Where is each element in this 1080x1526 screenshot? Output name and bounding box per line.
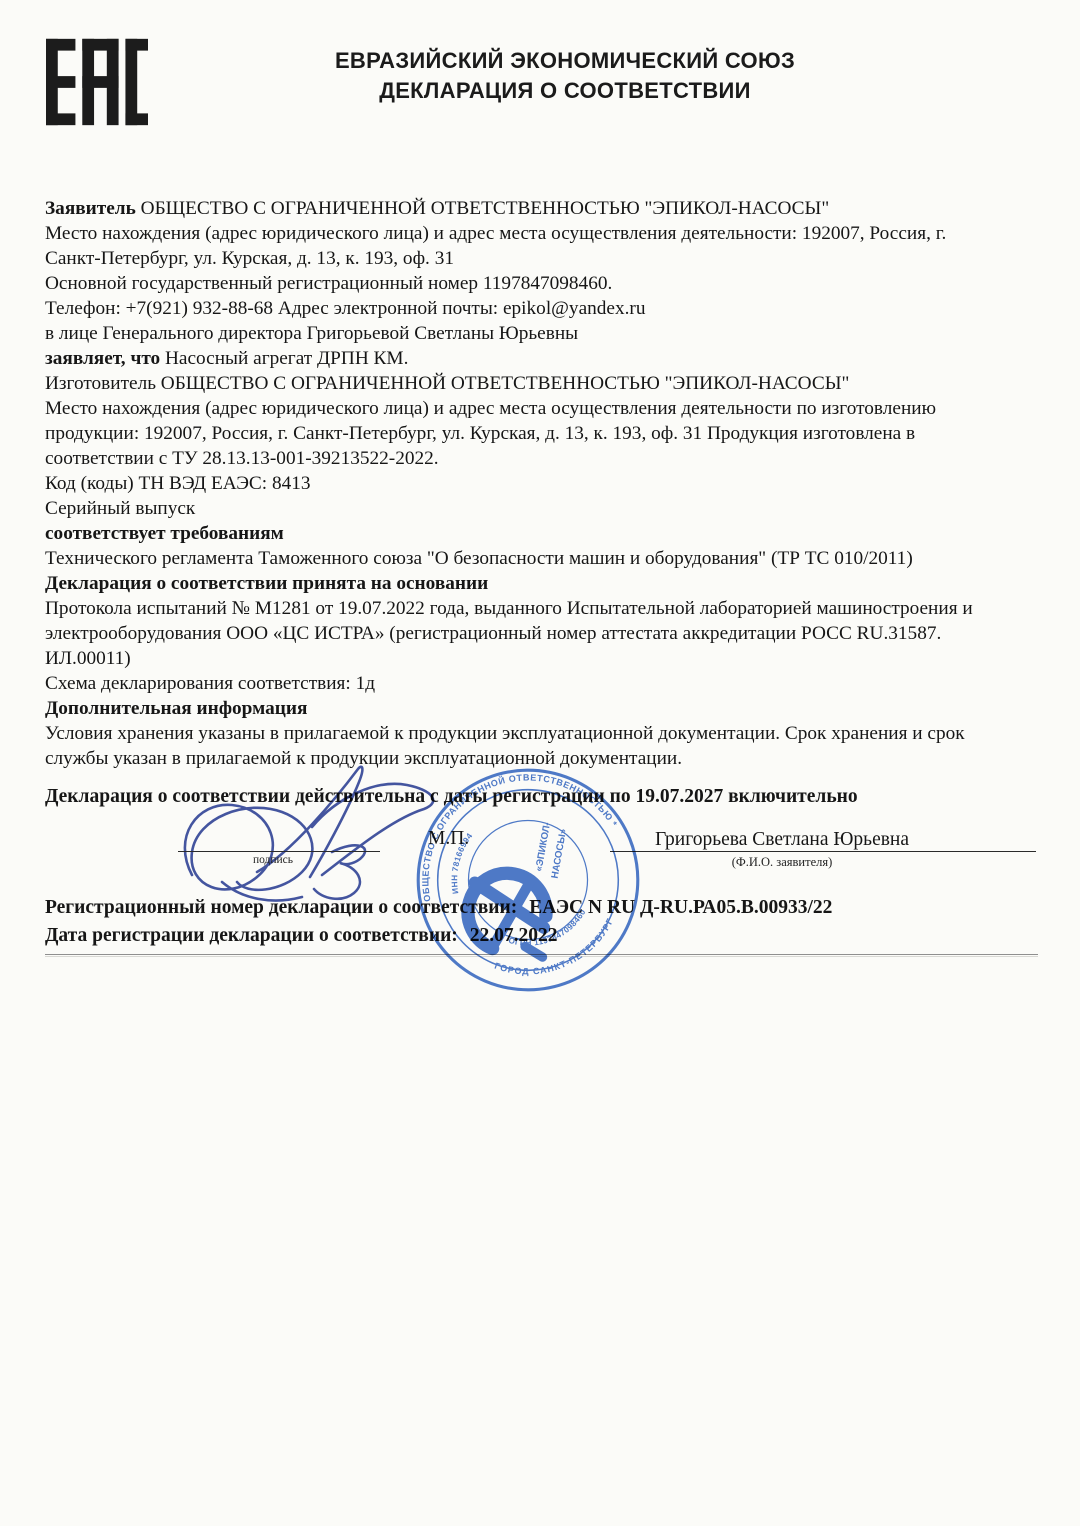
stamp-center-line1: «ЭПИКОЛ-	[534, 822, 553, 873]
declaration-document: ЕВРАЗИЙСКИЙ ЭКОНОМИЧЕСКИЙ СОЮЗ ДЕКЛАРАЦИ…	[0, 0, 1080, 1526]
document-line: соответствии с ТУ 28.13.13-001-39213522-…	[45, 446, 1041, 471]
applicant-name-caption: (Ф.И.О. заявителя)	[612, 855, 952, 870]
document-line: Санкт-Петербург, ул. Курская, д. 13, к. …	[45, 246, 1041, 271]
document-line: Серийный выпуск	[45, 496, 1041, 521]
document-line: в лице Генерального директора Григорьево…	[45, 321, 1041, 346]
registration-date-label: Дата регистрации декларации о соответств…	[45, 925, 458, 946]
document-line: Основной государственный регистрационный…	[45, 271, 1041, 296]
signature-caption: подпись	[188, 854, 358, 866]
document-line: Дополнительная информация	[45, 696, 1041, 721]
signature-line	[178, 851, 380, 852]
document-line: Код (коды) ТН ВЭД ЕАЭС: 8413	[45, 471, 1041, 496]
document-line: Декларация о соответствии принята на осн…	[45, 571, 1041, 596]
document-line: Место нахождения (адрес юридического лиц…	[45, 396, 1041, 421]
document-line: соответствует требованиям	[45, 521, 1041, 546]
applicant-name-line	[610, 851, 1036, 852]
header-doc-type-title: ДЕКЛАРАЦИЯ О СООТВЕТСТВИИ	[50, 76, 1080, 106]
document-line: Телефон: +7(921) 932-88-68 Адрес электро…	[45, 296, 1041, 321]
applicant-name: Григорьева Светлана Юрьевна	[612, 829, 952, 851]
document-line: Место нахождения (адрес юридического лиц…	[45, 221, 1041, 246]
document-line: Изготовитель ОБЩЕСТВО С ОГРАНИЧЕННОЙ ОТВ…	[45, 371, 1041, 396]
stamp-center-line2: НАСОСЫ»	[550, 828, 570, 879]
document-header: ЕВРАЗИЙСКИЙ ЭКОНОМИЧЕСКИЙ СОЮЗ ДЕКЛАРАЦИ…	[0, 46, 1080, 106]
document-line: Заявитель ОБЩЕСТВО С ОГРАНИЧЕННОЙ ОТВЕТС…	[45, 196, 1041, 221]
document-body: Заявитель ОБЩЕСТВО С ОГРАНИЧЕННОЙ ОТВЕТС…	[45, 196, 1041, 771]
document-line: Схема декларирования соответствия: 1д	[45, 671, 1041, 696]
document-line: Протокола испытаний № М1281 от 19.07.202…	[45, 596, 1041, 621]
document-line: Технического регламента Таможенного союз…	[45, 546, 1041, 571]
stamp-emblem-icon	[456, 861, 564, 978]
document-line: продукции: 192007, Россия, г. Санкт-Пете…	[45, 421, 1041, 446]
header-union-title: ЕВРАЗИЙСКИЙ ЭКОНОМИЧЕСКИЙ СОЮЗ	[50, 46, 1080, 76]
document-line: Условия хранения указаны в прилагаемой к…	[45, 721, 1041, 746]
document-line: заявляет, что Насосный агрегат ДРПН КМ.	[45, 346, 1041, 371]
document-line: ИЛ.00011)	[45, 646, 1041, 671]
document-line: электрооборудования ООО «ЦС ИСТРА» (реги…	[45, 621, 1041, 646]
